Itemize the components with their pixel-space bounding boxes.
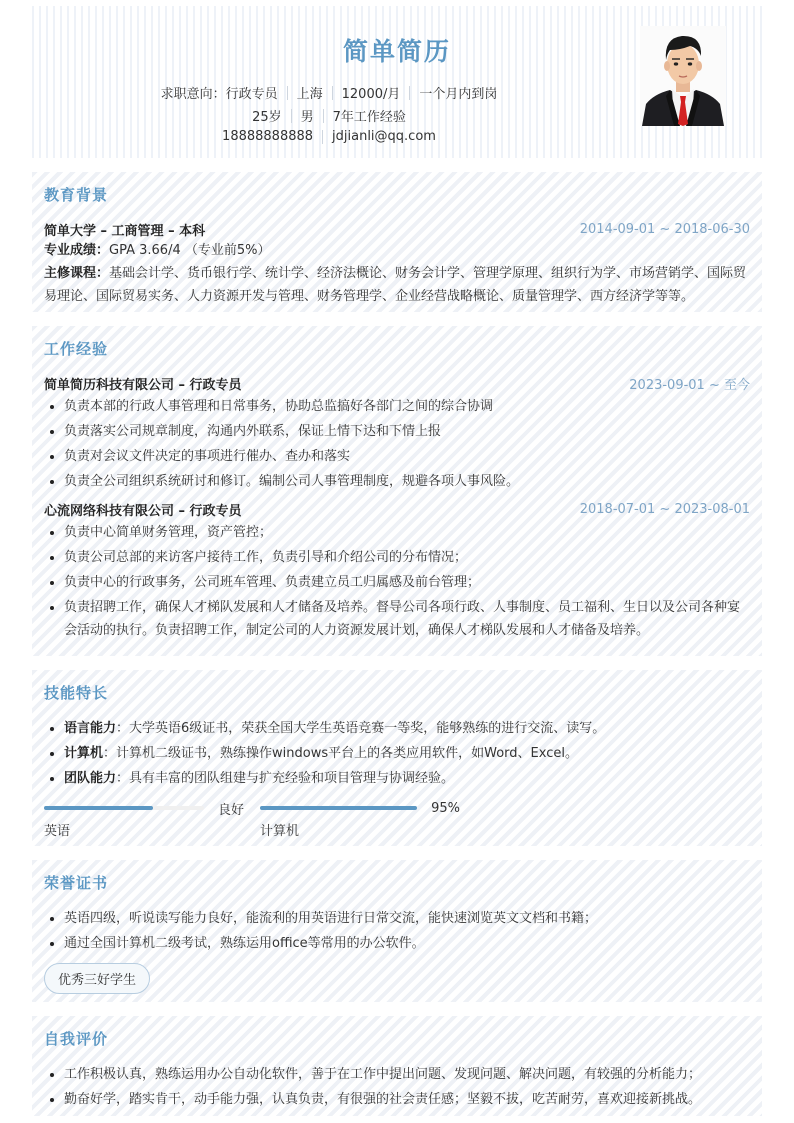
list-item: 负责本部的行政人事管理和日常事务，协助总监搞好各部门之间的综合协调 — [44, 395, 750, 418]
job-title: 简单简历科技有限公司 – 行政专员 — [44, 374, 242, 393]
section-title: 荣誉证书 — [44, 872, 750, 893]
progress-track — [260, 806, 417, 810]
courses-label: 主修课程： — [44, 266, 109, 281]
experience-years: 7年工作经验 — [324, 106, 415, 125]
list-item: 负责全公司组织系统研讨和修订。编制公司人事管理制度，规避各项人事风险。 — [44, 470, 750, 493]
avatar — [640, 26, 726, 126]
list-item: 负责招聘工作，确保人才梯队发展和人才储备及培养。督导公司各项行政、人事制度、员工… — [44, 596, 750, 642]
location: 上海 — [288, 83, 332, 102]
skill-text: ：具有丰富的团队组建与扩充经验和项目管理与协调经验。 — [116, 771, 454, 786]
list-item: 语言能力：大学英语6级证书，荣获全国大学生英语竞赛一等奖，能够熟练的进行交流、读… — [44, 717, 750, 740]
school-degree: 简单大学 – 工商管理 – 本科 — [44, 220, 205, 239]
skill-text: ：大学英语6级证书，荣获全国大学生英语竞赛一等奖，能够熟练的进行交流、读写。 — [116, 721, 605, 736]
avatar-portrait-icon — [640, 26, 726, 126]
contact-row: 18888888888 jdjianli@qq.com — [26, 129, 632, 144]
section-honors: 荣誉证书 英语四级，听说读写能力良好，能流利的用英语进行日常交流，能快速浏览英文… — [32, 860, 762, 1002]
list-item: 计算机：计算机二级证书，熟练操作windows平台上的各类应用软件，如Word、… — [44, 742, 750, 765]
job-date: 2018-07-01 ~ 2023-08-01 — [580, 502, 750, 517]
list-item: 负责公司总部的来访客户接待工作，负责引导和介绍公司的分布情况； — [44, 546, 750, 569]
list-item: 负责对会议文件决定的事项进行催办、查办和落实 — [44, 445, 750, 468]
job-duties: 负责本部的行政人事管理和日常事务，协助总监搞好各部门之间的综合协调 负责落实公司… — [44, 395, 750, 493]
progress-fill — [44, 806, 153, 810]
honor-tag: 优秀三好学生 — [44, 963, 150, 994]
phone: 18888888888 — [213, 129, 322, 144]
honors-list: 英语四级，听说读写能力良好，能流利的用英语进行日常交流，能快速浏览英文文档和书籍… — [44, 907, 750, 955]
email: jdjianli@qq.com — [323, 129, 445, 144]
gpa-value: GPA 3.66/4 （专业前5%） — [109, 243, 270, 258]
progress-track — [44, 806, 204, 810]
job-intent-row: 求职意向：行政专员 上海 12000/月 一个月内到岗 — [26, 83, 632, 102]
salary: 12000/月 — [333, 83, 410, 102]
list-item: 负责中心的行政事务，公司班车管理、负责建立员工归属感及前台管理； — [44, 571, 750, 594]
education-entry-head: 简单大学 – 工商管理 – 本科 2014-09-01 ~ 2018-06-30 — [44, 219, 750, 239]
skill-text: ：计算机二级证书，熟练操作windows平台上的各类应用软件，如Word、Exc… — [103, 746, 578, 761]
section-self-evaluation: 自我评价 工作积极认真，熟练运用办公自动化软件，善于在工作中提出问题、发现问题、… — [32, 1016, 762, 1116]
skill-level: 良好 — [218, 799, 244, 818]
job-duties: 负责中心简单财务管理，资产管控； 负责公司总部的来访客户接待工作，负责引导和介绍… — [44, 521, 750, 642]
skill-name: 计算机 — [260, 820, 460, 839]
section-title: 技能特长 — [44, 682, 750, 703]
skill-bars: 良好 英语 95% 计算机 — [44, 800, 750, 839]
skill-level: 95% — [431, 801, 460, 816]
personal-info-row: 25岁 男 7年工作经验 — [26, 106, 632, 125]
list-item: 负责中心简单财务管理，资产管控； — [44, 521, 750, 544]
section-title: 工作经验 — [44, 338, 750, 359]
skill-label: 语言能力 — [64, 721, 116, 736]
section-work: 工作经验 简单简历科技有限公司 – 行政专员 2023-09-01 ~ 至今 负… — [32, 326, 762, 656]
job-entry-head: 心流网络科技有限公司 – 行政专员 2018-07-01 ~ 2023-08-0… — [44, 499, 750, 519]
availability: 一个月内到岗 — [410, 83, 506, 102]
section-skills: 技能特长 语言能力：大学英语6级证书，荣获全国大学生英语竞赛一等奖，能够熟练的进… — [32, 670, 762, 846]
job-date: 2023-09-01 ~ 至今 — [629, 374, 750, 393]
age: 25岁 — [243, 106, 291, 125]
progress-fill — [260, 806, 417, 810]
gpa-label: 专业成绩： — [44, 243, 109, 258]
section-title: 教育背景 — [44, 184, 750, 205]
list-item: 团队能力：具有丰富的团队组建与扩充经验和项目管理与协调经验。 — [44, 767, 750, 790]
list-item: 工作积极认真，熟练运用办公自动化软件，善于在工作中提出问题、发现问题、解决问题，… — [44, 1063, 750, 1086]
education-date: 2014-09-01 ~ 2018-06-30 — [580, 222, 750, 237]
skill-bar-english: 良好 英语 — [44, 800, 244, 839]
skill-name: 英语 — [44, 820, 244, 839]
list-item: 负责落实公司规章制度，沟通内外联系，保证上情下达和下情上报 — [44, 420, 750, 443]
skill-label: 计算机 — [64, 746, 103, 761]
job-intent: 求职意向：行政专员 — [152, 83, 287, 102]
gender: 男 — [292, 106, 323, 125]
skill-label: 团队能力 — [64, 771, 116, 786]
skills-list: 语言能力：大学英语6级证书，荣获全国大学生英语竞赛一等奖，能够熟练的进行交流、读… — [44, 717, 750, 790]
courses-value: 基础会计学、货币银行学、统计学、经济法概论、财务会计学、管理学原理、组织行为学、… — [44, 266, 746, 304]
self-eval-list: 工作积极认真，熟练运用办公自动化软件，善于在工作中提出问题、发现问题、解决问题，… — [44, 1063, 750, 1111]
section-title: 自我评价 — [44, 1028, 750, 1049]
gpa-line: 专业成绩：GPA 3.66/4 （专业前5%） — [44, 239, 750, 262]
list-item: 勤奋好学，踏实肯干，动手能力强，认真负责，有很强的社会责任感；坚毅不拔，吃苦耐劳… — [44, 1088, 750, 1111]
job-entry-head: 简单简历科技有限公司 – 行政专员 2023-09-01 ~ 至今 — [44, 373, 750, 393]
skill-bar-computer: 95% 计算机 — [260, 800, 460, 839]
courses-line: 主修课程：基础会计学、货币银行学、统计学、经济法概论、财务会计学、管理学原理、组… — [44, 262, 750, 308]
list-item: 英语四级，听说读写能力良好，能流利的用英语进行日常交流，能快速浏览英文文档和书籍… — [44, 907, 750, 930]
list-item: 通过全国计算机二级考试，熟练运用office等常用的办公软件。 — [44, 932, 750, 955]
section-education: 教育背景 简单大学 – 工商管理 – 本科 2014-09-01 ~ 2018-… — [32, 172, 762, 312]
job-title: 心流网络科技有限公司 – 行政专员 — [44, 500, 242, 519]
